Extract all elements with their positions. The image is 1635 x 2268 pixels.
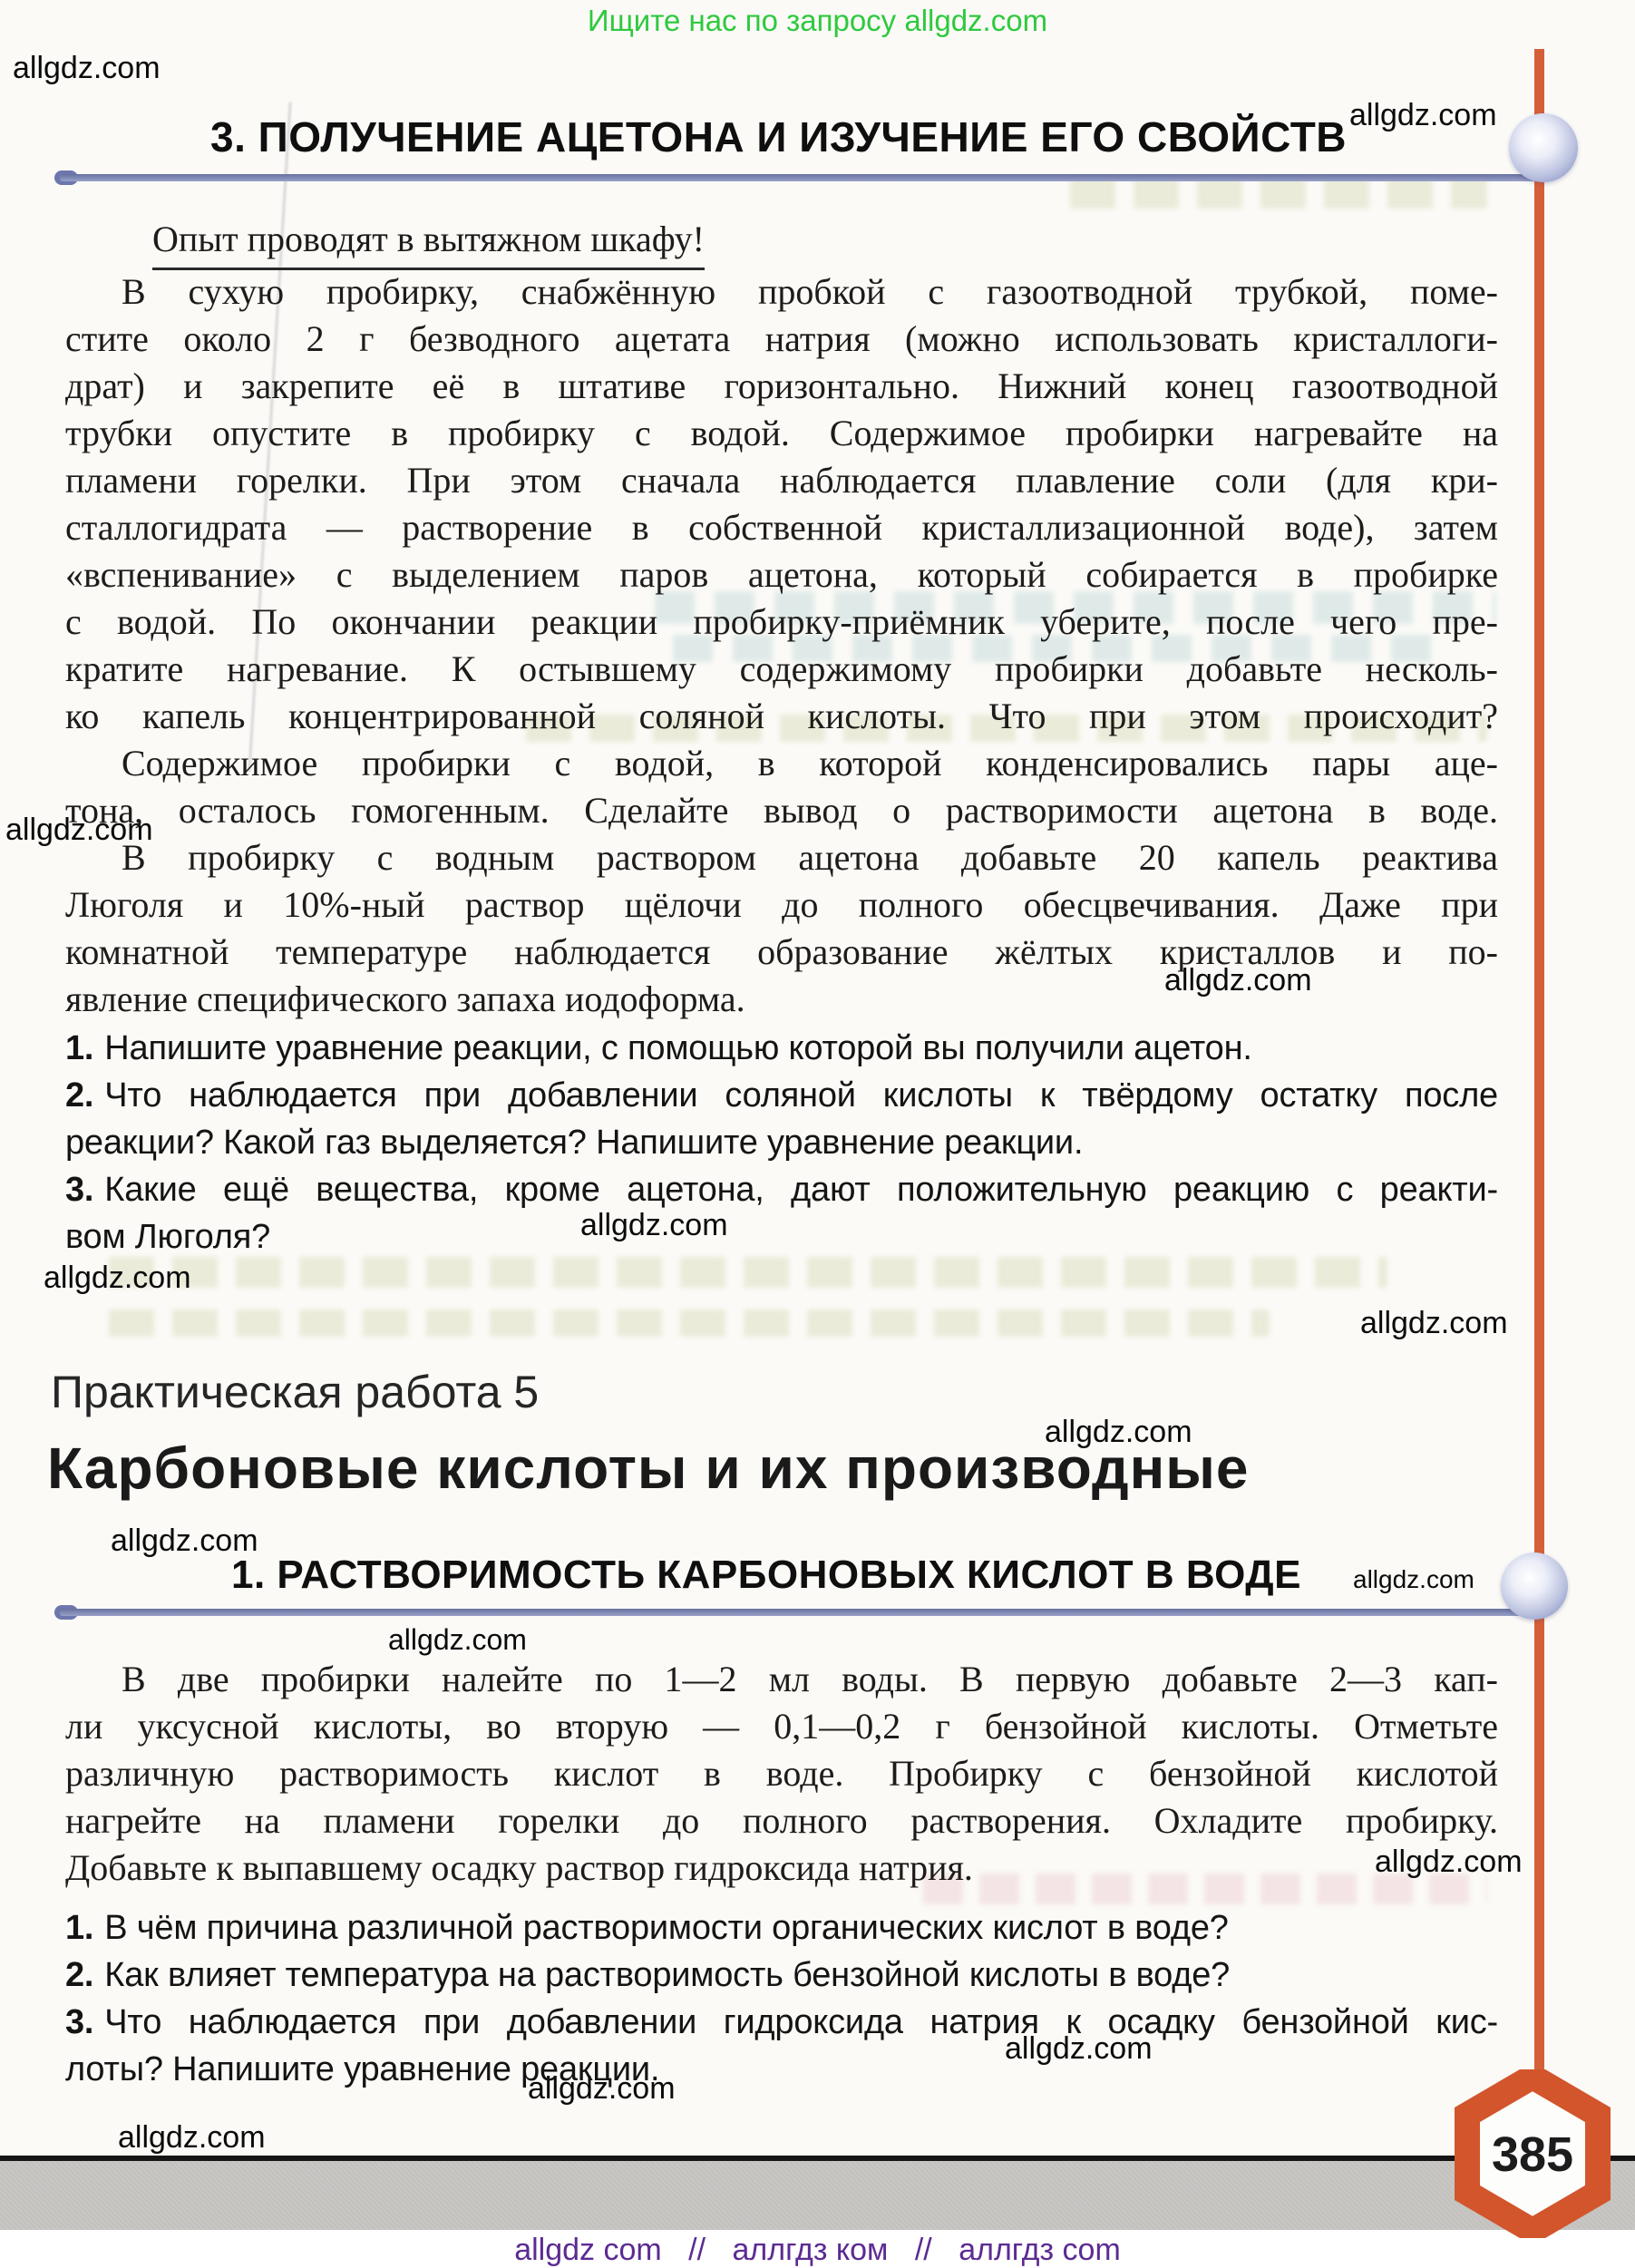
practical-work-title: Карбоновые кислоты и их производные <box>47 1435 1249 1502</box>
bleedthrough-artifact <box>1052 178 1487 209</box>
question-1: 1.В чём причина различной растворимости … <box>65 1904 1498 1952</box>
text-line: кратите нагревание. К остывшему содержим… <box>65 646 1498 693</box>
text-line: различную растворимость кислот в воде. П… <box>65 1750 1498 1797</box>
text-line: тона, осталось гомогенным. Сделайте выво… <box>65 787 1498 834</box>
question-3-continued: вом Люголя? <box>65 1213 1498 1261</box>
question-1: 1.Напишите уравнение реакции, с помощью … <box>65 1025 1498 1072</box>
question-3: 3.Какие ещё вещества, кроме ацетона, даю… <box>65 1166 1498 1213</box>
questions-block-1: 1.Напишите уравнение реакции, с помощью … <box>65 1025 1498 1261</box>
paragraph-solubility-procedure: В две пробирки налейте по 1—2 мл воды. В… <box>65 1656 1498 1892</box>
footer-separator: // <box>915 2233 932 2267</box>
text-line: драт) и закрепите её в штативе горизонта… <box>65 363 1498 410</box>
question-2-continued: реакции? Какой газ выделяется? Напишите … <box>65 1119 1498 1166</box>
question-text: Как влияет температура на растворимость … <box>104 1956 1230 1994</box>
watermark: allgdz.com <box>44 1261 191 1296</box>
text-line: с водой. По окончании реакции пробирку-п… <box>65 599 1498 646</box>
page-edge-line <box>0 2156 1635 2161</box>
paragraph-lugol-test: В пробирку с водным раствором ацетона до… <box>65 834 1498 1023</box>
text-line: сталлогидрата — растворение в собственно… <box>65 504 1498 551</box>
scanned-textbook-page: Ищите нас по запросу allgdz.com allgdz.c… <box>0 0 1635 2268</box>
footer-link: аллгдз ком <box>733 2233 889 2267</box>
text-line: В две пробирки налейте по 1—2 мл воды. В… <box>65 1656 1498 1703</box>
text-line: В сухую пробирку, снабжённую пробкой с г… <box>65 268 1498 316</box>
safety-note: Опыт проводят в вытяжном шкафу! <box>152 218 705 270</box>
paragraph-acetone-result: Содержимое пробирки с водой, в которой к… <box>65 740 1498 834</box>
watermark: allgdz.com <box>1349 98 1497 133</box>
promo-banner-text: Ищите нас по запросу allgdz.com <box>0 4 1635 38</box>
page-number: 385 <box>1492 2127 1573 2182</box>
text-line: ли уксусной кислоты, во вторую — 0,1—0,2… <box>65 1703 1498 1750</box>
question-number: 1. <box>65 1909 93 1947</box>
practical-work-kicker: Практическая работа 5 <box>51 1366 539 1418</box>
text-line: В пробирку с водным раствором ацетона до… <box>65 834 1498 881</box>
text-line: пламени горелки. При этом сначала наблюд… <box>65 457 1498 504</box>
text-line: Добавьте к выпавшему осадку раствор гидр… <box>65 1845 1498 1892</box>
section-heading-2: 1. РАСТВОРИМОСТЬ КАРБОНОВЫХ КИСЛОТ В ВОД… <box>231 1553 1301 1598</box>
heading-rule-2 <box>60 1609 1547 1616</box>
watermark: allgdz.com <box>1353 1565 1474 1594</box>
question-text: Что наблюдается при добавлении гидроксид… <box>104 2003 1498 2041</box>
text-line: комнатной температуре наблюдается образо… <box>65 929 1498 976</box>
section-heading-1: 3. ПОЛУЧЕНИЕ АЦЕТОНА И ИЗУЧЕНИЕ ЕГО СВОЙ… <box>210 112 1347 161</box>
paragraph-acetone-procedure: В сухую пробирку, снабжённую пробкой с г… <box>65 268 1498 740</box>
text-line: трубки опустите в пробирку с водой. Соде… <box>65 410 1498 457</box>
rule-sphere-ornament <box>1509 113 1578 182</box>
question-number: 1. <box>65 1029 93 1067</box>
question-text: В чём причина различной растворимости ор… <box>104 1909 1228 1947</box>
question-number: 2. <box>65 1956 93 1994</box>
bleedthrough-artifact <box>91 1309 1270 1337</box>
question-number: 3. <box>65 2003 93 2041</box>
question-number: 2. <box>65 1076 93 1115</box>
footer-link: allgdz com <box>514 2233 662 2267</box>
footer-separator: // <box>688 2233 706 2267</box>
text-line: нагрейте на пламени горелки до полного р… <box>65 1797 1498 1845</box>
question-2: 2.Что наблюдается при добавлении соляной… <box>65 1072 1498 1119</box>
watermark: allgdz.com <box>118 2120 266 2156</box>
question-number: 3. <box>65 1171 93 1209</box>
question-2: 2.Как влияет температура на растворимост… <box>65 1952 1498 1999</box>
watermark: allgdz.com <box>13 51 161 86</box>
footer-link: аллгдз com <box>959 2233 1121 2267</box>
question-3: 3.Что наблюдается при добавлении гидрокс… <box>65 1999 1498 2046</box>
questions-block-2: 1.В чём причина различной растворимости … <box>65 1904 1498 2093</box>
scan-background-strip <box>0 2161 1635 2230</box>
watermark: allgdz.com <box>1360 1306 1508 1341</box>
question-text: Напишите уравнение реакции, с помощью ко… <box>104 1029 1251 1067</box>
text-line: «вспенивание» с выделением паров ацетона… <box>65 551 1498 599</box>
text-line: Содержимое пробирки с водой, в которой к… <box>65 740 1498 787</box>
heading-rule-1 <box>60 174 1547 181</box>
bleedthrough-artifact <box>91 1257 1387 1288</box>
question-text: Какие ещё вещества, кроме ацетона, дают … <box>104 1171 1498 1209</box>
text-line: явление специфического запаха иодоформа. <box>65 976 1498 1023</box>
text-line: ко капель концентрированной соляной кисл… <box>65 693 1498 740</box>
question-3-continued: лоты? Напишите уравнение реакции. <box>65 2046 1498 2093</box>
footer-links: allgdz com // аллгдз ком // аллгдз com <box>0 2233 1635 2268</box>
text-line: Люголя и 10%-ный раствор щёлочи до полно… <box>65 881 1498 929</box>
page-number-hexagon: 385 <box>1455 2069 1611 2238</box>
text-line: стите около 2 г безводного ацетата натри… <box>65 316 1498 363</box>
question-text: Что наблюдается при добавлении соляной к… <box>104 1076 1498 1115</box>
rule-sphere-ornament <box>1501 1553 1568 1620</box>
watermark: allgdz.com <box>388 1623 527 1657</box>
orange-margin-line <box>1534 49 1544 2091</box>
